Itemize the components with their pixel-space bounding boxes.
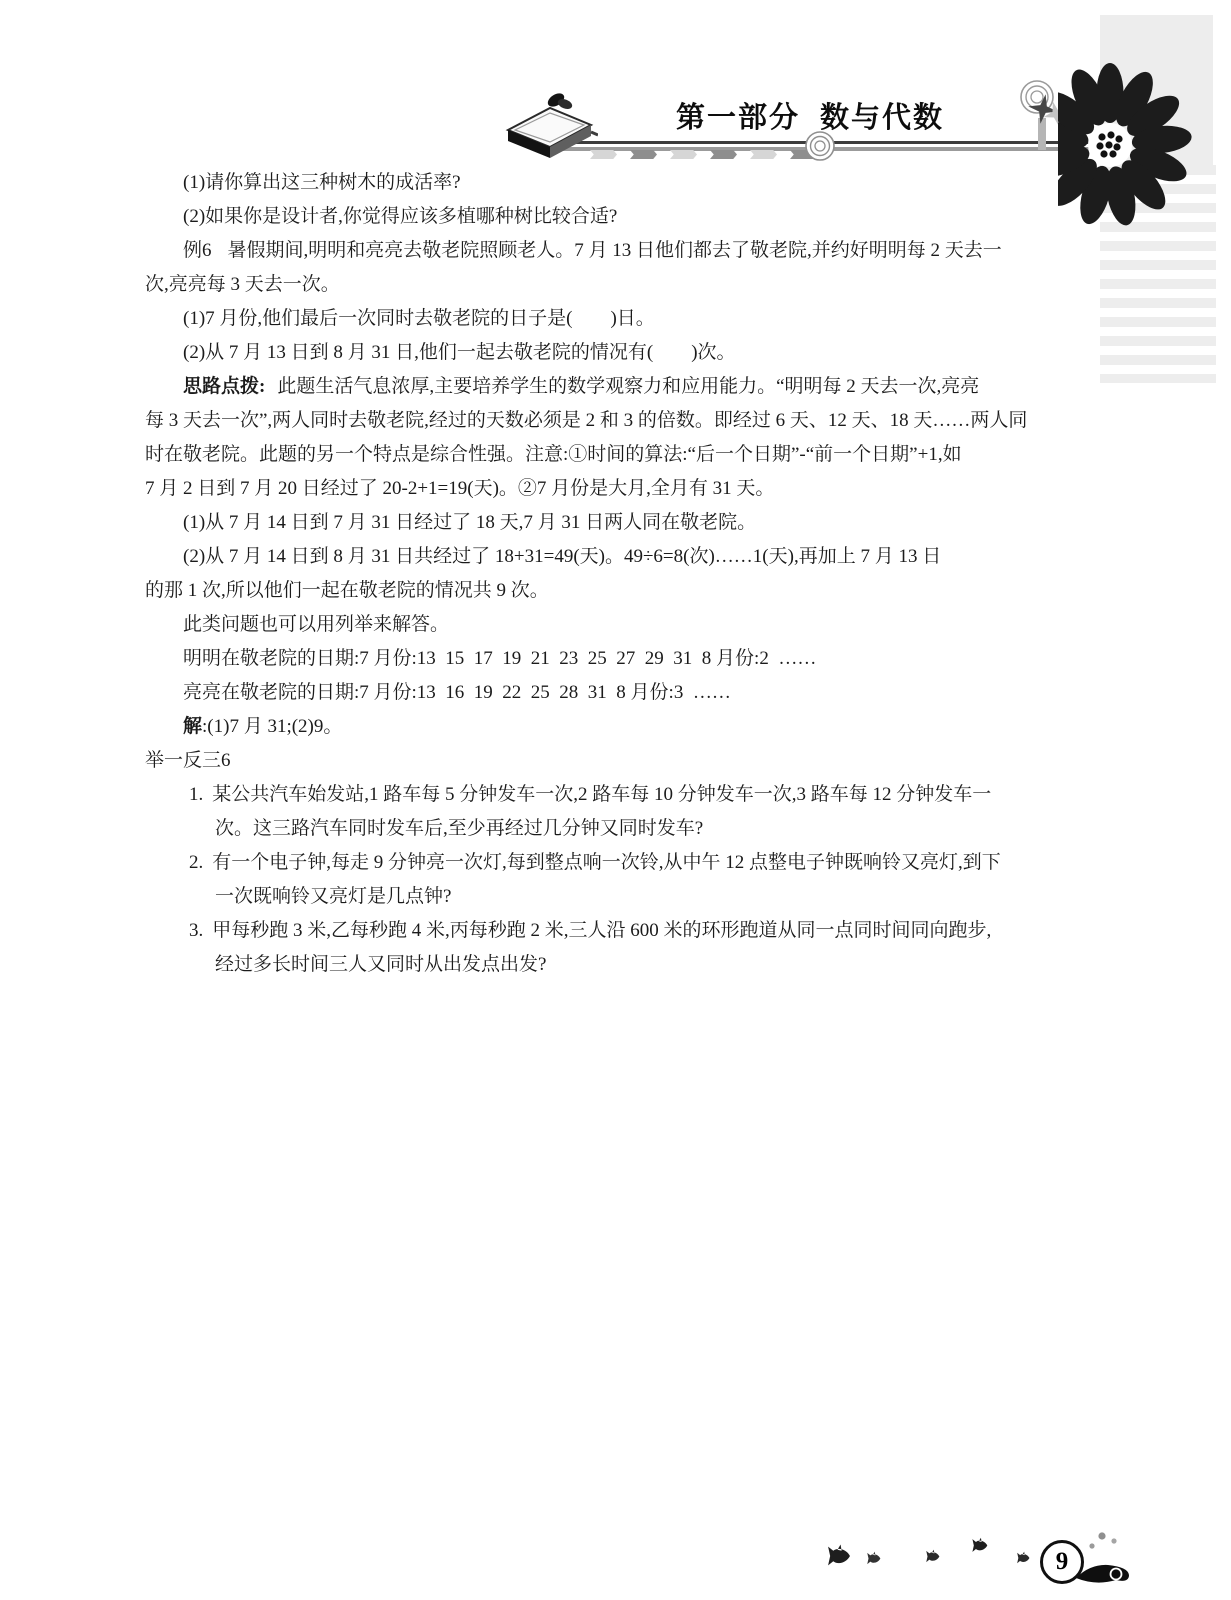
part-title: 数与代数 [820, 102, 944, 134]
example-label: 例6 [183, 240, 212, 261]
practice-section-label: 举一反三6 [145, 744, 1085, 778]
example-sub-question-1: (1)7 月份,他们最后一次同时去敬老院的日子是( )日。 [145, 302, 1085, 336]
solution-line: 解:(1)7 月 31;(2)9。 [145, 710, 1085, 744]
question-text: 某公共汽车始发站,1 路车每 5 分钟发车一次,2 路车每 10 分钟发车一次,… [212, 784, 991, 839]
bubbles-icon [1084, 1526, 1122, 1556]
fish-icon [1016, 1551, 1030, 1565]
practice-question-1: 1.某公共汽车始发站,1 路车每 5 分钟发车一次,2 路车每 10 分钟发车一… [145, 778, 1085, 846]
workbook-page: 第一部分数与代数 [0, 0, 1231, 1600]
intro-question-1: (1)请你算出这三种树木的成活率? [145, 166, 1085, 200]
chevron-dash-icon [750, 150, 777, 159]
part-label: 第一部分 [676, 102, 800, 134]
example-sub-question-2: (2)从 7 月 13 日到 8 月 31 日,他们一起去敬老院的情况有( )次… [145, 336, 1085, 370]
analysis-step-1: (1)从 7 月 14 日到 7 月 31 日经过了 18 天,7 月 31 日… [145, 506, 1085, 540]
solution-text: :(1)7 月 31;(2)9。 [202, 716, 342, 737]
analysis-body: 此题生活气息浓厚,主要培养学生的数学观察力和应用能力。“明明每 2 天去一次,亮… [145, 376, 1027, 499]
practice-question-2: 2.有一个电子钟,每走 9 分钟亮一次灯,每到整点响一次铃,从中午 12 点整电… [145, 846, 1085, 914]
chevron-dashes-decoration [590, 150, 830, 159]
fish-icon [971, 1537, 988, 1554]
analysis-label: 思路点拨: [183, 376, 265, 397]
chevron-dash-icon [670, 150, 697, 159]
fish-icon [866, 1551, 881, 1566]
chevron-dash-icon [630, 150, 657, 159]
chevron-dash-icon [710, 150, 737, 159]
page-number: 9 [1056, 1548, 1069, 1576]
rings-ornament-icon [804, 130, 836, 162]
dates-list-liangliang: 亮亮在敬老院的日期:7 月份:13 16 19 22 25 28 31 8 月份… [145, 676, 1085, 710]
fish-icon [925, 1549, 940, 1564]
question-text: 有一个电子钟,每走 9 分钟亮一次灯,每到整点响一次铃,从中午 12 点整电子钟… [212, 852, 1001, 907]
wand-stem [1038, 118, 1046, 150]
analysis-paragraph: 思路点拨:此题生活气息浓厚,主要培养学生的数学观察力和应用能力。“明明每 2 天… [145, 370, 1085, 506]
analysis-step-2: (2)从 7 月 14 日到 8 月 31 日共经过了 18+31=49(天)。… [145, 540, 1085, 608]
example-body: 暑假期间,明明和亮亮去敬老院照顾老人。7 月 13 日他们都去了敬老院,并约好明… [145, 240, 1002, 295]
book-icon [498, 90, 598, 164]
example-paragraph: 例6暑假期间,明明和亮亮去敬老院照顾老人。7 月 13 日他们都去了敬老院,并约… [145, 234, 1085, 302]
page-number-badge: 9 [1040, 1540, 1084, 1584]
question-number: 1. [189, 784, 203, 805]
question-number: 2. [189, 852, 203, 873]
dates-list-mingming: 明明在敬老院的日期:7 月份:13 15 17 19 21 23 25 27 2… [145, 642, 1085, 676]
analysis-note: 此类问题也可以用列举来解答。 [145, 608, 1085, 642]
practice-question-3: 3.甲每秒跑 3 米,乙每秒跑 4 米,丙每秒跑 2 米,三人沿 600 米的环… [145, 914, 1085, 982]
question-number: 3. [189, 920, 203, 941]
question-text: 甲每秒跑 3 米,乙每秒跑 4 米,丙每秒跑 2 米,三人沿 600 米的环形跑… [212, 920, 991, 975]
fish-icon [826, 1543, 851, 1569]
daisy-flower-icon [1058, 52, 1208, 242]
page-content: (1)请你算出这三种树木的成活率? (2)如果你是设计者,你觉得应该多植哪种树比… [145, 160, 1085, 982]
solution-label: 解 [183, 716, 202, 737]
intro-question-2: (2)如果你是设计者,你觉得应该多植哪种树比较合适? [145, 200, 1085, 234]
